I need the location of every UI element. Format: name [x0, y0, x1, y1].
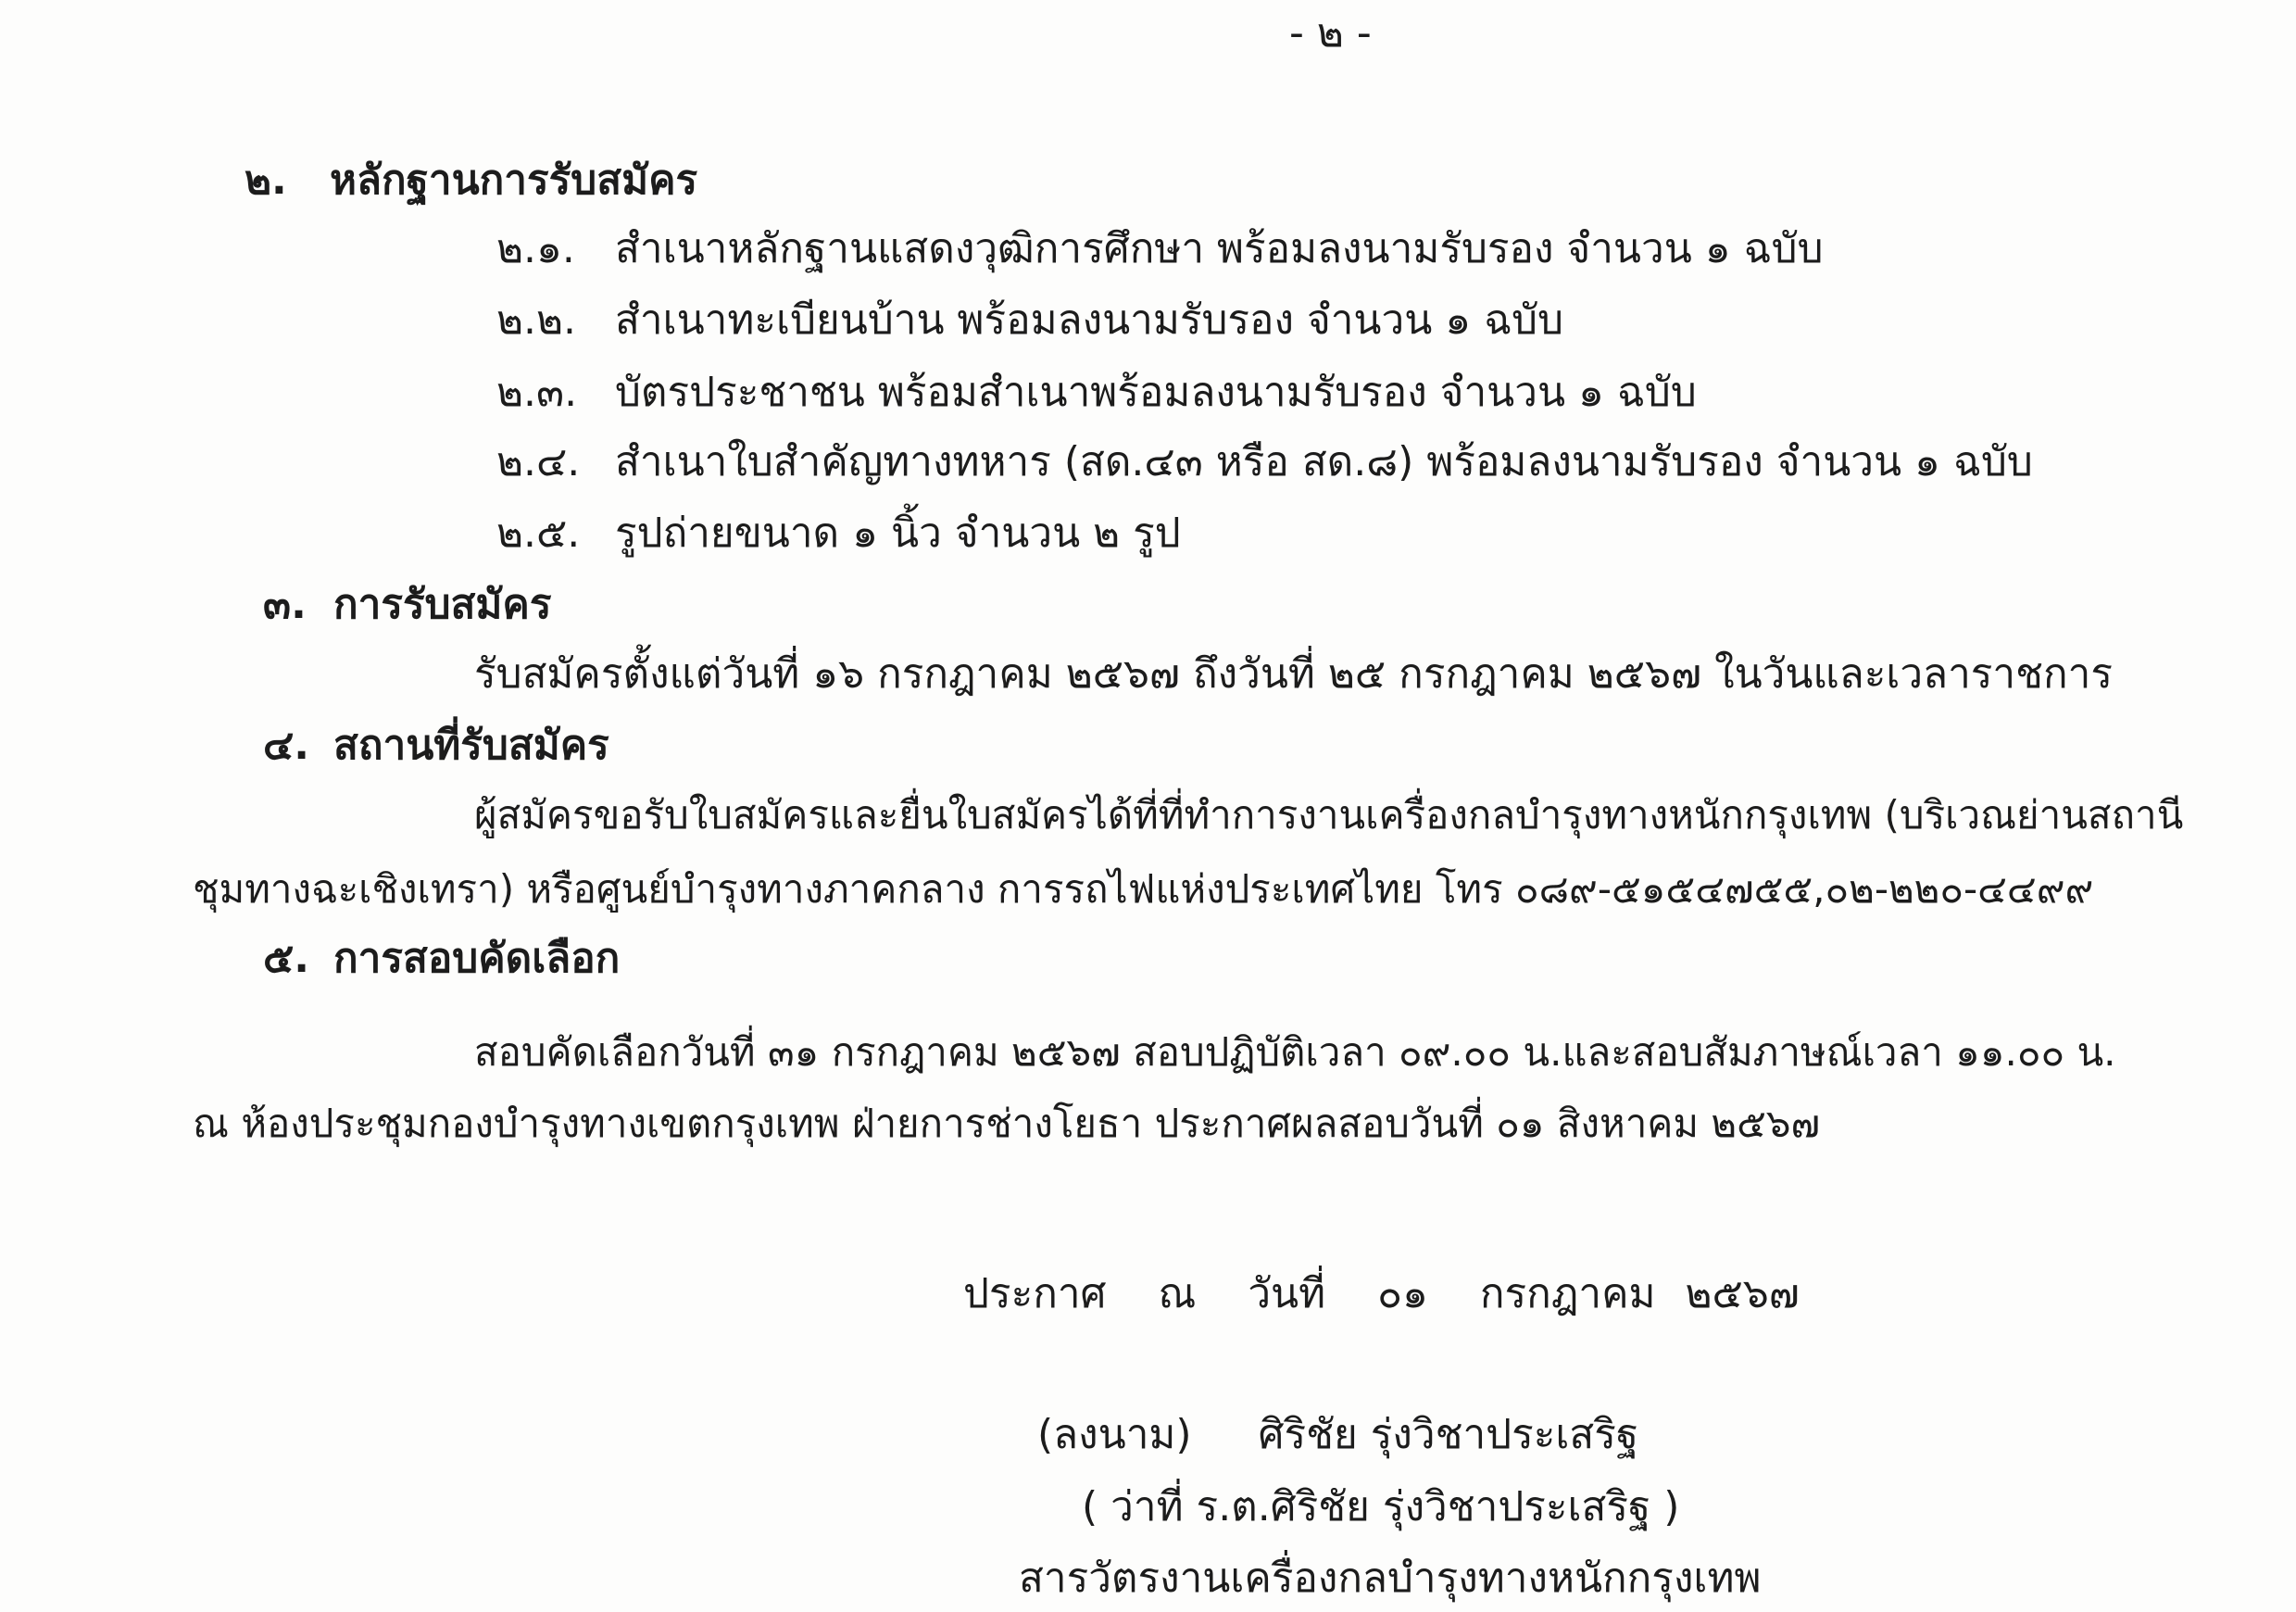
announcement-at: ณ: [1158, 1270, 1196, 1317]
section-4-body-line-1: ผู้สมัครขอรับใบสมัครและยื่นใบสมัครได้ที่…: [474, 789, 2183, 841]
item-text: รูปถ่ายขนาด ๑ นิ้ว จำนวน ๒ รูป: [615, 510, 1181, 557]
announcement-date: ประกาศณวันที่๐๑กรกฎาคม๒๕๖๗: [963, 1268, 1800, 1320]
announcement-label: ประกาศ: [963, 1270, 1106, 1317]
list-item: ๒.๒.สำเนาทะเบียนบ้าน พร้อมลงนามรับรอง จำ…: [496, 295, 1563, 346]
signature-line: (ลงนาม)ศิริชัย รุ่งวิชาประเสริฐ: [1037, 1409, 1638, 1461]
list-item: ๒.๕.รูปถ่ายขนาด ๑ นิ้ว จำนวน ๒ รูป: [496, 508, 1181, 560]
item-text: บัตรประชาชน พร้อมสำเนาพร้อมลงนามรับรอง จ…: [615, 369, 1697, 416]
item-text: สำเนาใบสำคัญทางทหาร (สด.๔๓ หรือ สด.๘) พร…: [615, 438, 2033, 485]
signatory-full-name: ( ว่าที่ ร.ต.ศิริชัย รุ่งวิชาประเสริฐ ): [1082, 1481, 1679, 1533]
section-4-body-line-2: ชุมทางฉะเชิงเทรา) หรือศูนย์บำรุงทางภาคกล…: [193, 863, 2093, 915]
section-title: การสอบคัดเลือก: [333, 935, 620, 982]
signed-label: (ลงนาม): [1037, 1411, 1192, 1458]
list-item: ๒.๓.บัตรประชาชน พร้อมสำเนาพร้อมลงนามรับร…: [496, 367, 1697, 419]
item-number: ๒.๓.: [496, 367, 615, 419]
date-month: กรกฎาคม: [1480, 1270, 1656, 1317]
item-text: สำเนาทะเบียนบ้าน พร้อมลงนามรับรอง จำนวน …: [615, 296, 1563, 344]
section-number: ๔.: [263, 720, 333, 772]
section-5-body-line-1: สอบคัดเลือกวันที่ ๓๑ กรกฎาคม ๒๕๖๗ สอบปฏิ…: [474, 1026, 2116, 1078]
section-number: ๒.: [245, 155, 330, 207]
item-number: ๒.๑.: [496, 223, 615, 275]
page-number: - ๒ -: [1289, 7, 1372, 59]
item-number: ๒.๔.: [496, 436, 615, 488]
section-5-heading: ๕.การสอบคัดเลือก: [263, 933, 620, 985]
list-item: ๒.๔.สำเนาใบสำคัญทางทหาร (สด.๔๓ หรือ สด.๘…: [496, 436, 2033, 488]
date-day: ๐๑: [1377, 1270, 1428, 1317]
section-title: สถานที่รับสมัคร: [333, 722, 609, 769]
section-3-body: รับสมัครตั้งแต่วันที่ ๑๖ กรกฎาคม ๒๕๖๗ ถึ…: [474, 649, 2113, 700]
section-number: ๓.: [263, 579, 333, 631]
section-number: ๕.: [263, 933, 333, 985]
signatory-position: สารวัตรงานเครื่องกลบำรุงทางหนักกรุงเทพ: [1019, 1553, 1761, 1605]
section-title: การรับสมัคร: [333, 581, 551, 628]
section-title: หลักฐานการรับสมัคร: [330, 157, 697, 204]
section-5-body-line-2: ณ ห้องประชุมกองบำรุงทางเขตกรุงเทพ ฝ่ายกา…: [193, 1098, 1820, 1150]
item-text: สำเนาหลักฐานแสดงวุฒิการศึกษา พร้อมลงนามร…: [615, 225, 1824, 272]
date-year: ๒๕๖๗: [1686, 1270, 1800, 1317]
item-number: ๒.๒.: [496, 295, 615, 346]
section-3-heading: ๓.การรับสมัคร: [263, 579, 551, 631]
item-number: ๒.๕.: [496, 508, 615, 560]
section-4-heading: ๔.สถานที่รับสมัคร: [263, 720, 609, 772]
signed-name: ศิริชัย รุ่งวิชาประเสริฐ: [1259, 1411, 1639, 1458]
list-item: ๒.๑.สำเนาหลักฐานแสดงวุฒิการศึกษา พร้อมลง…: [496, 223, 1824, 275]
date-label: วันที่: [1248, 1270, 1325, 1317]
section-2-heading: ๒.หลักฐานการรับสมัคร: [245, 155, 697, 207]
